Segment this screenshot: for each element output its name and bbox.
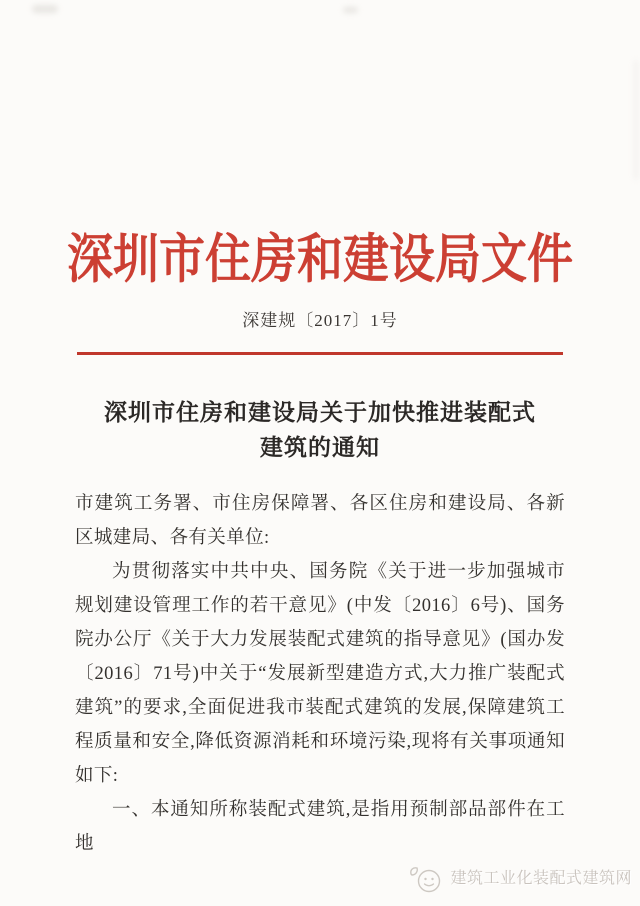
document-title-line1: 深圳市住房和建设局关于加快推进装配式 — [104, 400, 536, 425]
document-page: 深圳市住房和建设局文件 深建规〔2017〕1号 深圳市住房和建设局关于加快推进装… — [0, 0, 640, 906]
document-title: 深圳市住房和建设局关于加快推进装配式 建筑的通知 — [60, 395, 580, 465]
recipients-line: 市建筑工务署、市住房保障署、各区住房和建设局、各新区城建局、各有关单位: — [75, 487, 565, 555]
body-paragraph: 为贯彻落实中共中央、国务院《关于进一步加强城市规划建设管理工作的若干意见》(中发… — [75, 555, 565, 793]
document-title-line2: 建筑的通知 — [260, 435, 380, 460]
watermark-label: 建筑工业化装配式建筑网 — [450, 869, 632, 889]
document-body: 市建筑工务署、市住房保障署、各区住房和建设局、各新区城建局、各有关单位: 为贯彻… — [75, 487, 565, 861]
red-divider-line — [77, 352, 563, 355]
watermark: 建筑工业化装配式建筑网 — [407, 864, 632, 894]
body-paragraph: 一、本通知所称装配式建筑,是指用预制部品部件在工地 — [75, 793, 565, 861]
document-number: 深建规〔2017〕1号 — [0, 310, 640, 332]
site-logo-icon — [407, 864, 445, 894]
document-header-title: 深圳市住房和建设局文件 — [0, 0, 640, 288]
